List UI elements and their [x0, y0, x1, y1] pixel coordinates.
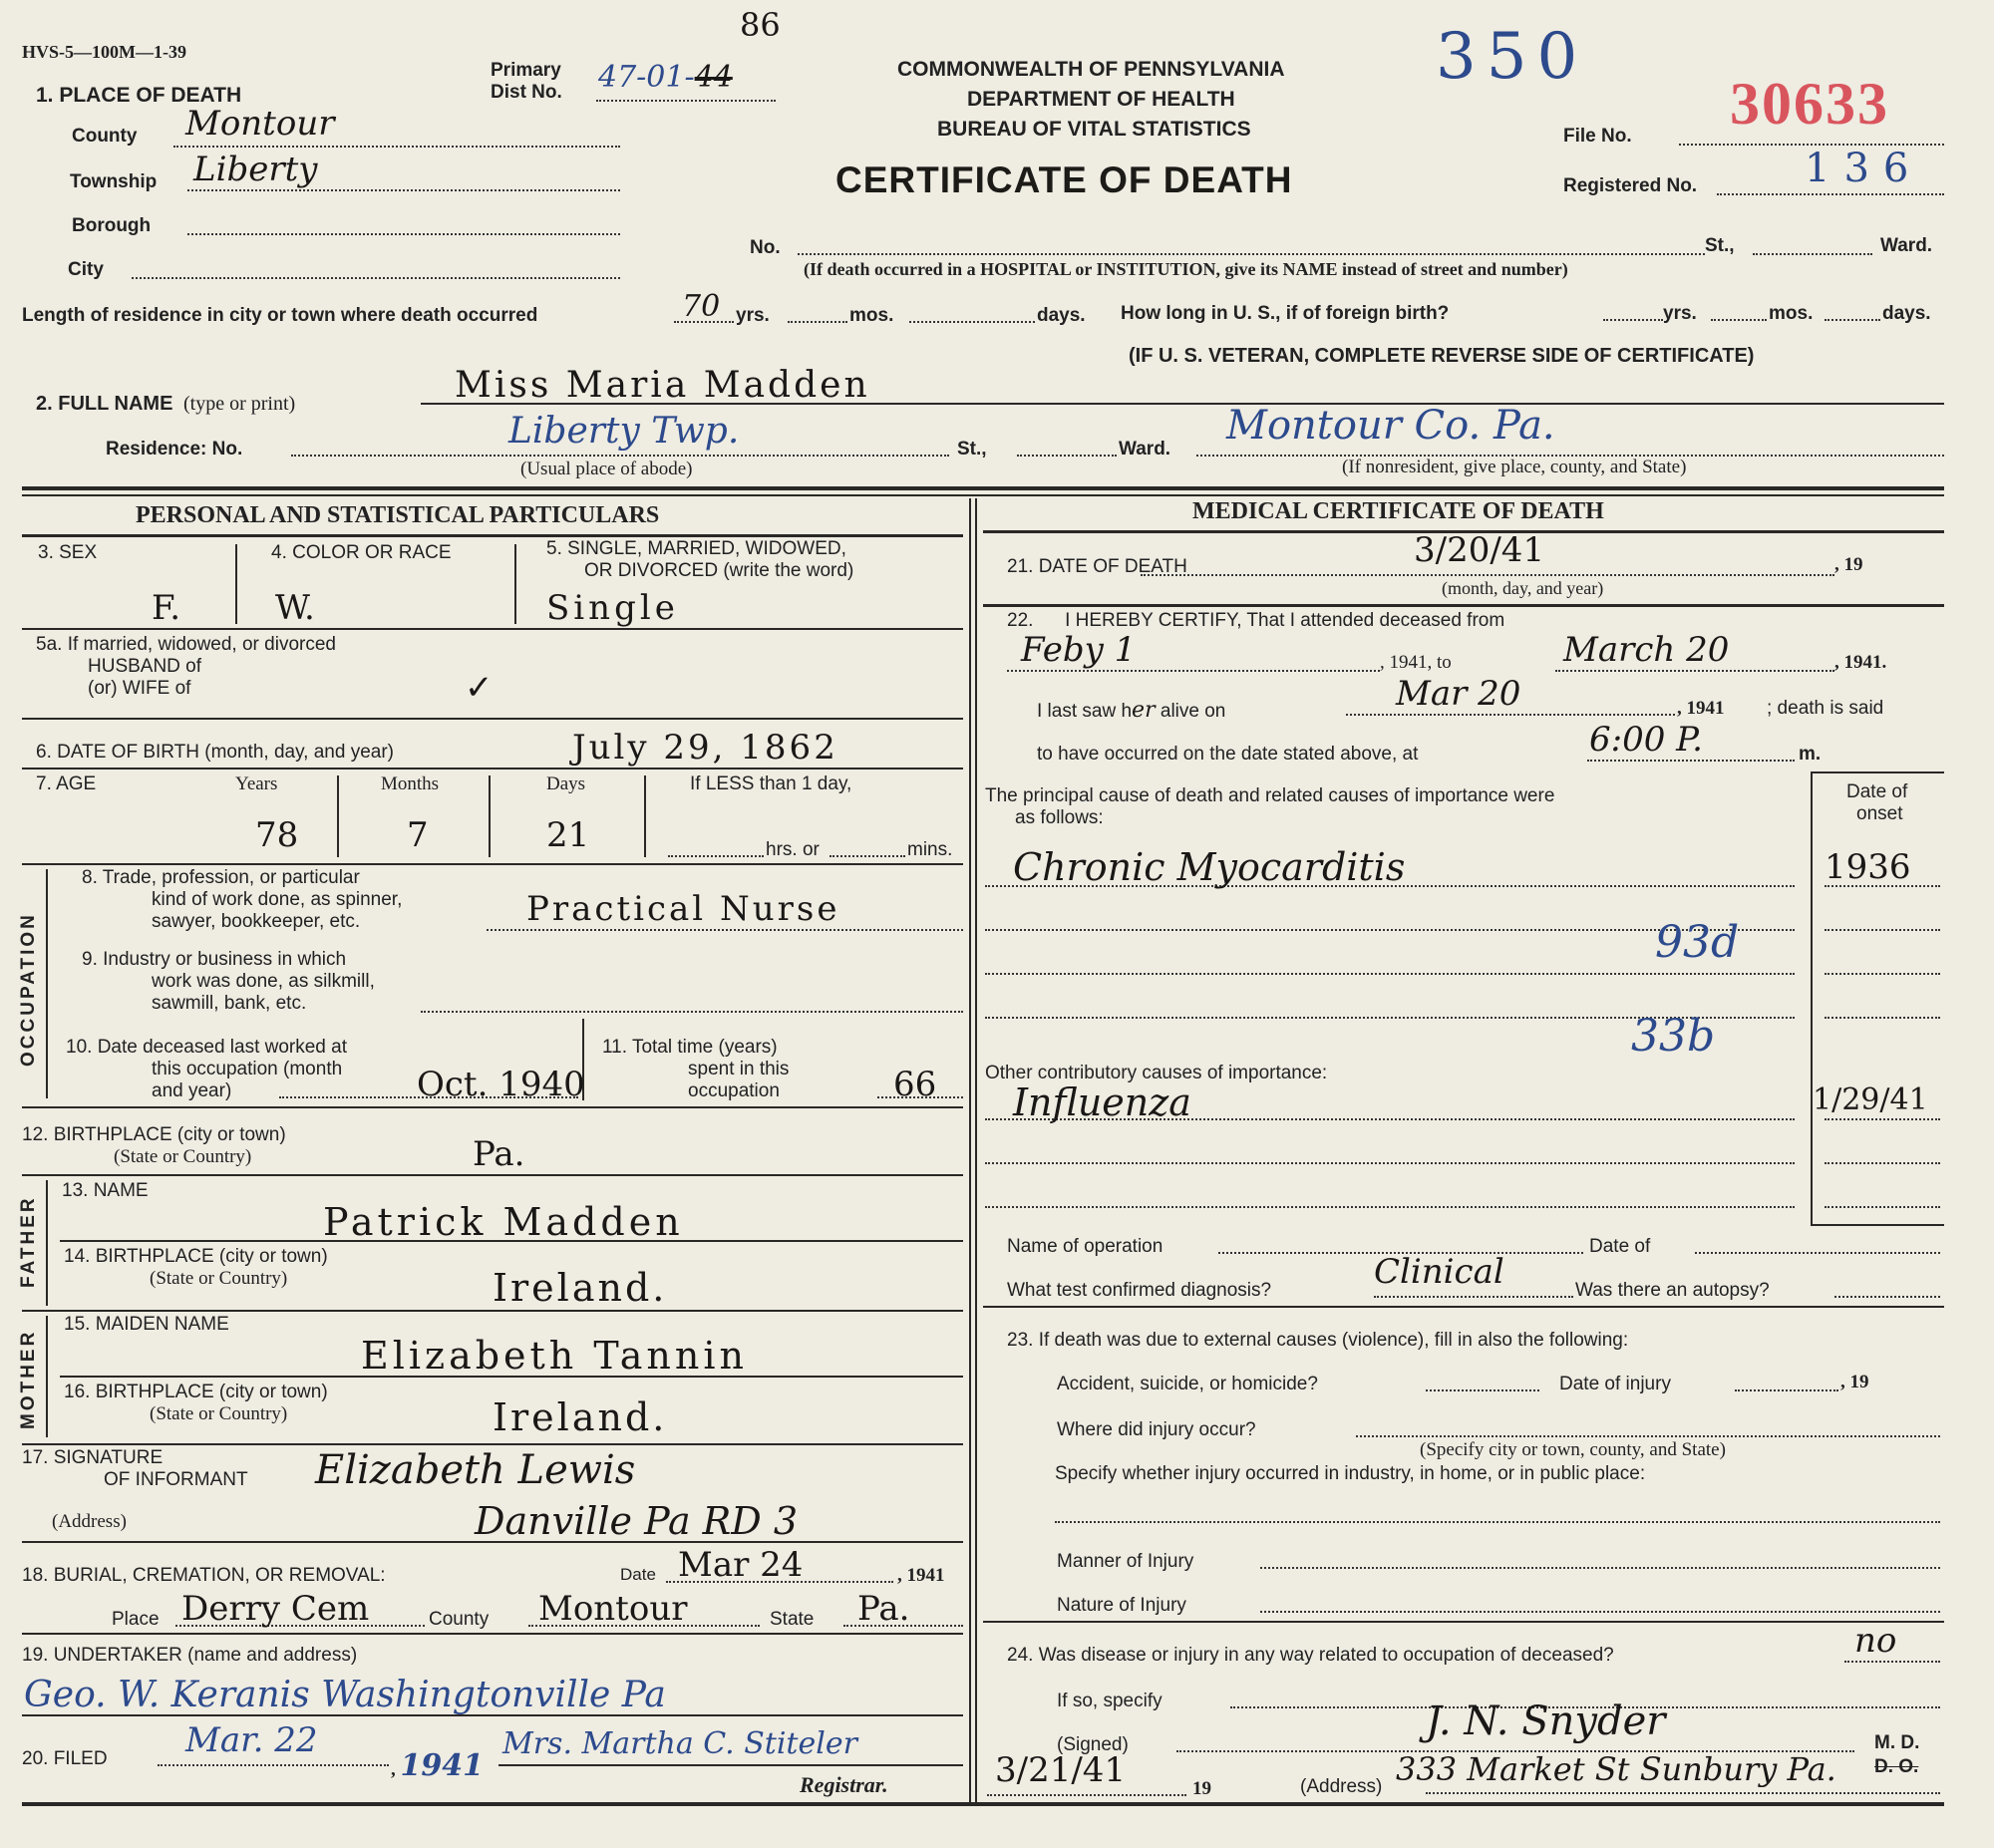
file-no-label: File No.	[1563, 126, 1632, 148]
cell-divider	[514, 544, 516, 624]
contributory-onset-value: 1/29/41	[1813, 1082, 1928, 1117]
annotation-number: 350	[1436, 20, 1587, 94]
attended-from-field[interactable]	[1007, 670, 1380, 672]
mother-birthplace-label-1: 16. BIRTHPLACE (city or town)	[64, 1382, 328, 1403]
contributory-onset-line-3[interactable]	[1825, 1206, 1940, 1208]
industry-label-3: sawmill, bank, etc.	[152, 993, 306, 1015]
agency-line-3: BUREAU OF VITAL STATISTICS	[937, 118, 1251, 142]
informant-address-label: (Address)	[52, 1511, 127, 1533]
residence-length-label: Length of residence in city or town wher…	[22, 305, 537, 327]
cause-label-2: as follows:	[1015, 807, 1104, 829]
cell-divider	[337, 775, 339, 857]
principal-cause-value: Chronic Myocarditis	[1013, 845, 1405, 889]
marital-label-2: OR DIVORCED (write the word)	[584, 560, 853, 582]
if-so-label: If so, specify	[1057, 1691, 1163, 1712]
attended-from-year: , 1941, to	[1380, 652, 1452, 674]
last-saw-year: , 1941	[1677, 698, 1725, 720]
cell-divider	[235, 544, 237, 624]
full-name-note: (type or print)	[183, 393, 295, 416]
row-rule	[983, 1306, 1944, 1308]
county-label: County	[72, 126, 137, 148]
physician-address-field[interactable]	[1426, 1792, 1940, 1794]
primary-dist-correction: 86	[740, 6, 781, 44]
last-worked-label-2: this occupation (month	[152, 1059, 342, 1080]
dod-field[interactable]	[1141, 574, 1834, 576]
form-code: HVS-5—100M—1-39	[22, 42, 186, 63]
death-said-label: ; death is said	[1767, 698, 1883, 720]
last-saw-text: I last saw h	[1037, 701, 1132, 722]
row-rule	[22, 768, 963, 770]
hours-field[interactable]	[668, 855, 764, 857]
spouse-label-3: (or) WIFE of	[88, 678, 190, 700]
father-birthplace-value: Ireland.	[493, 1266, 667, 1310]
burial-year-value: 1941	[907, 1565, 945, 1586]
foreign-yrs-label: yrs.	[1663, 303, 1697, 325]
row-rule	[60, 1240, 963, 1242]
row-rule	[22, 1310, 963, 1312]
attended-to-value: March 20	[1563, 630, 1729, 670]
street-field[interactable]	[1753, 253, 1872, 255]
burial-county-value: Montour	[538, 1589, 687, 1629]
filed-date-field[interactable]	[158, 1764, 389, 1766]
registered-no-value: 136	[1805, 146, 1922, 191]
row-rule	[22, 1443, 963, 1445]
informant-label-1: 17. SIGNATURE	[22, 1447, 163, 1469]
sex-label: 3. SEX	[38, 542, 97, 564]
dod-note: (month, day, and year)	[1442, 578, 1603, 599]
last-worked-label-1: 10. Date deceased last worked at	[66, 1037, 347, 1059]
file-number-stamp: 30633	[1730, 70, 1889, 139]
time-value: 6:00 P.	[1589, 720, 1703, 760]
occupation-related-value: no	[1854, 1621, 1896, 1661]
father-bracket	[46, 1180, 48, 1306]
burial-place-value: Derry Cem	[181, 1589, 369, 1629]
last-worked-value: Oct. 1940	[417, 1065, 585, 1104]
foreign-days-field[interactable]	[1825, 319, 1880, 321]
spouse-label-2: HUSBAND of	[88, 656, 201, 678]
mother-birthplace-label-2: (State or Country)	[150, 1403, 287, 1425]
onset-box-bottom	[1813, 1224, 1944, 1226]
occupation-side-label: OCCUPATION	[18, 912, 40, 1067]
residence-st-label: St.,	[957, 439, 987, 461]
registered-no-label: Registered No.	[1563, 175, 1697, 197]
cell-divider	[644, 775, 646, 857]
last-worked-label-3: and year)	[152, 1080, 231, 1102]
industry-field[interactable]	[421, 1011, 963, 1013]
father-side-label: FATHER	[18, 1195, 40, 1288]
cause-code-2: 33b	[1631, 1011, 1715, 1062]
mins-label: mins.	[907, 839, 952, 861]
page-title: CERTIFICATE OF DEATH	[835, 159, 1293, 201]
specify-place-field[interactable]	[1055, 1521, 1940, 1523]
informant-address-value: Danville Pa RD 3	[475, 1499, 798, 1543]
burial-date-value: Mar 24	[678, 1545, 803, 1585]
primary-dist-label-2: Dist No.	[491, 82, 562, 104]
age-days-label: Days	[546, 773, 585, 795]
row-rule	[22, 718, 963, 720]
occupation-related-field[interactable]	[1844, 1661, 1940, 1663]
informant-signature: Elizabeth Lewis	[315, 1447, 635, 1493]
foreign-days-label: days.	[1882, 303, 1931, 325]
alive-on-text: alive on	[1161, 701, 1226, 722]
foreign-mos-label: mos.	[1769, 303, 1813, 325]
dob-label: 6. DATE OF BIRTH (month, day, and year)	[36, 742, 394, 764]
occurred-label: to have occurred on the date stated abov…	[1037, 744, 1418, 766]
spouse-label-1: 5a. If married, widowed, or divorced	[36, 634, 336, 656]
burial-place-label: Place	[112, 1609, 160, 1631]
cause-label-1: The principal cause of death and related…	[985, 785, 1554, 807]
informant-label-2: OF INFORMANT	[104, 1469, 248, 1491]
burial-county-label: County	[429, 1609, 489, 1631]
filed-date-value: Mar. 22	[185, 1720, 317, 1760]
occupation-related-label: 24. Was disease or injury in any way rel…	[1007, 1645, 1614, 1667]
row-rule	[22, 1174, 963, 1176]
marital-value: Single	[546, 588, 679, 628]
specify-place-label: Specify whether injury occurred in indus…	[1055, 1463, 1645, 1485]
burial-state-value: Pa.	[857, 1589, 909, 1629]
onset-box-top	[1813, 771, 1944, 773]
full-name-value: Miss Maria Madden	[455, 365, 870, 406]
manner-label: Manner of Injury	[1057, 1551, 1193, 1573]
contributory-onset-line-1[interactable]	[1825, 1118, 1940, 1120]
attended-to-year: , 1941.	[1834, 652, 1886, 674]
cause-code-1: 93d	[1655, 917, 1739, 968]
row-rule	[22, 1541, 963, 1543]
residence-ward-value: Montour Co. Pa.	[1226, 403, 1555, 449]
section-divider-thin	[22, 494, 1944, 496]
onset-label-2: onset	[1856, 803, 1902, 825]
contributory-cause-value: Influenza	[1013, 1080, 1191, 1124]
foreign-birth-label: How long in U. S., if of foreign birth?	[1121, 303, 1449, 325]
hospital-note: (If death occurred in a HOSPITAL or INST…	[804, 259, 1568, 280]
row-rule	[22, 1633, 963, 1635]
md-label: M. D.	[1874, 1732, 1919, 1754]
trade-value: Practical Nurse	[526, 889, 839, 929]
where-injury-note: (Specify city or town, county, and State…	[1420, 1439, 1726, 1461]
ward-label: Ward.	[1880, 235, 1932, 257]
time-field[interactable]	[1587, 760, 1795, 762]
row-rule	[60, 1376, 963, 1378]
external-causes-label: 23. If death was due to external causes …	[1007, 1330, 1628, 1352]
last-saw-label: I last saw her alive on	[1037, 698, 1225, 723]
residence-label: Residence: No.	[106, 439, 242, 461]
mother-name-label: 15. MAIDEN NAME	[64, 1314, 229, 1336]
undertaker-value: Geo. W. Keranis Washingtonville Pa	[24, 1675, 666, 1715]
age-days-value: 21	[546, 815, 589, 855]
onset-box-divider	[1811, 771, 1813, 1226]
manner-field[interactable]	[1260, 1567, 1940, 1569]
township-field[interactable]	[187, 189, 620, 191]
contributory-line-2[interactable]	[985, 1162, 1795, 1164]
primary-dist-value: 47-01-44	[598, 60, 733, 95]
race-value: W.	[275, 588, 315, 628]
age-years-value: 78	[255, 815, 298, 855]
section-divider	[22, 486, 1944, 490]
burial-date-label: Date	[620, 1565, 656, 1585]
county-value: Montour	[185, 104, 334, 144]
mother-name-value: Elizabeth Tannin	[361, 1334, 748, 1378]
birthplace-value: Pa.	[473, 1134, 524, 1174]
autopsy-label: Was there an autopsy?	[1575, 1280, 1770, 1302]
column-divider-right	[975, 498, 977, 1804]
autopsy-field[interactable]	[1834, 1296, 1940, 1298]
nonresident-note: (If nonresident, give place, county, and…	[1342, 457, 1686, 478]
residence-ward-label: Ward.	[1119, 439, 1170, 461]
age-months-label: Months	[381, 773, 439, 795]
mother-bracket	[46, 1316, 48, 1437]
birthplace-label-2: (State or Country)	[114, 1146, 251, 1168]
spouse-value: ✓	[465, 668, 494, 708]
father-birthplace-label-1: 14. BIRTHPLACE (city or town)	[64, 1246, 328, 1268]
residence-months-field[interactable]	[788, 321, 847, 323]
last-saw-field[interactable]	[1346, 714, 1675, 716]
injury-date-field[interactable]	[1735, 1389, 1838, 1391]
total-time-label-2: spent in this	[688, 1059, 789, 1080]
medical-section-title: MEDICAL CERTIFICATE OF DEATH	[1192, 498, 1604, 525]
agency-line-2: DEPARTMENT OF HEALTH	[967, 88, 1235, 112]
residence-days-field[interactable]	[909, 321, 1035, 323]
mins-field[interactable]	[830, 855, 905, 857]
onset-line-4[interactable]	[1825, 1017, 1940, 1019]
bottom-rule	[22, 1802, 1944, 1806]
hrs-label: hrs. or	[766, 839, 820, 861]
county-field[interactable]	[173, 146, 620, 148]
certify-label: 22. I HEREBY CERTIFY, That I attended de…	[1007, 610, 1504, 632]
filed-year-value: 1941	[401, 1748, 485, 1783]
registered-no-field[interactable]	[1717, 193, 1944, 195]
registrar-label: Registrar.	[800, 1772, 888, 1798]
onset-line-3[interactable]	[1825, 973, 1940, 975]
borough-label: Borough	[72, 215, 151, 237]
where-injury-field[interactable]	[1356, 1435, 1940, 1437]
accident-field[interactable]	[1426, 1389, 1539, 1391]
row-rule	[22, 1106, 963, 1108]
attended-to-field[interactable]	[1555, 670, 1834, 672]
row-rule	[22, 863, 963, 865]
accident-label: Accident, suicide, or homicide?	[1057, 1374, 1318, 1395]
signed-date-suffix: 19	[1192, 1778, 1211, 1800]
mother-birthplace-value: Ireland.	[493, 1395, 667, 1439]
city-field[interactable]	[132, 277, 620, 279]
row-rule	[22, 534, 963, 537]
dod-value: 3/20/41	[1414, 530, 1544, 570]
sex-value: F.	[152, 588, 180, 628]
physician-address-value: 333 Market St Sunbury Pa.	[1396, 1750, 1836, 1788]
injury-date-label: Date of injury	[1559, 1374, 1671, 1395]
dob-value: July 29, 1862	[572, 728, 838, 768]
mos-label: mos.	[849, 305, 893, 327]
trade-label-2: kind of work done, as spinner,	[152, 889, 402, 911]
occupation-bracket	[46, 869, 48, 1098]
time-suffix: m.	[1799, 744, 1821, 766]
borough-field[interactable]	[187, 233, 620, 235]
mother-side-label: MOTHER	[18, 1330, 40, 1429]
industry-label-2: work was done, as silkmill,	[152, 971, 375, 993]
residence-st-field[interactable]	[1017, 455, 1117, 457]
age-months-value: 7	[407, 815, 429, 855]
township-label: Township	[70, 171, 157, 193]
dod-year-prefix: , 19	[1834, 554, 1863, 576]
signed-date-field[interactable]	[987, 1794, 1186, 1796]
test-field[interactable]	[1374, 1296, 1573, 1298]
street-no-label: No.	[750, 237, 781, 259]
filed-label: 20. FILED	[22, 1748, 108, 1770]
age-years-label: Years	[235, 773, 277, 795]
residence-years-value: 70	[682, 289, 720, 324]
race-label: 4. COLOR OR RACE	[271, 542, 452, 564]
township-value: Liberty	[193, 150, 317, 189]
trade-label-3: sawyer, bookkeeper, etc.	[152, 911, 360, 933]
do-label: D. O.	[1874, 1756, 1918, 1778]
where-injury-label: Where did injury occur?	[1057, 1419, 1256, 1441]
total-time-value: 66	[893, 1065, 936, 1104]
trade-label-1: 8. Trade, profession, or particular	[82, 867, 360, 889]
primary-dist-field[interactable]	[596, 100, 776, 102]
total-time-label-1: 11. Total time (years)	[602, 1037, 778, 1059]
onset-label-1: Date of	[1846, 781, 1907, 803]
principal-onset-value: 1936	[1825, 847, 1911, 887]
signed-date-value: 3/21/41	[995, 1750, 1126, 1790]
column-divider-left	[969, 498, 971, 1804]
contributory-line-3[interactable]	[985, 1206, 1795, 1208]
industry-label-1: 9. Industry or business in which	[82, 949, 346, 971]
veteran-note: (IF U. S. VETERAN, COMPLETE REVERSE SIDE…	[1129, 345, 1754, 368]
injury-year-prefix: , 19	[1840, 1372, 1869, 1393]
full-name-label: 2. FULL NAME	[36, 393, 172, 416]
father-name-label: 13. NAME	[62, 1180, 149, 1202]
cause-line-3[interactable]	[985, 973, 1795, 975]
father-birthplace-label-2: (State or Country)	[150, 1268, 287, 1290]
operation-date-label: Date of	[1589, 1236, 1650, 1258]
filed-year: , 1941	[391, 1748, 484, 1783]
burial-label: 18. BURIAL, CREMATION, OR REMOVAL:	[22, 1565, 386, 1587]
physician-signature: J. N. Snyder	[1426, 1698, 1665, 1744]
row-rule	[983, 1621, 1944, 1623]
burial-year: , 1941	[897, 1565, 945, 1587]
marital-label-1: 5. SINGLE, MARRIED, WIDOWED,	[546, 538, 846, 560]
total-time-label-3: occupation	[688, 1080, 780, 1102]
yrs-label: yrs.	[736, 305, 770, 327]
foreign-years-field[interactable]	[1603, 319, 1663, 321]
street-label: St.,	[1705, 235, 1735, 257]
burial-state-label: State	[770, 1609, 814, 1631]
birthplace-label-1: 12. BIRTHPLACE (city or town)	[22, 1124, 286, 1146]
last-saw-value: Mar 20	[1396, 674, 1520, 714]
operation-date-field[interactable]	[1695, 1252, 1940, 1254]
primary-dist-label-1: Primary	[491, 60, 561, 82]
trade-field[interactable]	[487, 929, 963, 931]
age-label: 7. AGE	[36, 773, 96, 795]
row-rule	[22, 628, 963, 630]
last-saw-pronoun: er	[1132, 698, 1156, 723]
test-value: Clinical	[1374, 1252, 1504, 1292]
cell-divider	[489, 775, 491, 857]
onset-line-2[interactable]	[1825, 929, 1940, 931]
nature-label: Nature of Injury	[1057, 1595, 1186, 1617]
days-label: days.	[1037, 305, 1086, 327]
residence-field[interactable]	[291, 455, 949, 457]
attended-from-value: Feby 1	[1021, 630, 1136, 670]
foreign-months-field[interactable]	[1711, 319, 1767, 321]
operation-label: Name of operation	[1007, 1236, 1163, 1258]
residence-note: (Usual place of abode)	[520, 459, 693, 480]
agency-line-1: COMMONWEALTH OF PENNSYLVANIA	[897, 58, 1284, 82]
personal-section-title: PERSONAL AND STATISTICAL PARTICULARS	[136, 502, 659, 529]
age-less-label: If LESS than 1 day,	[690, 773, 851, 795]
undertaker-label: 19. UNDERTAKER (name and address)	[22, 1645, 357, 1667]
registrar-field[interactable]	[498, 1764, 963, 1766]
residence-value: Liberty Twp.	[508, 411, 739, 452]
father-name-value: Patrick Madden	[323, 1200, 684, 1244]
nature-field[interactable]	[1260, 1611, 1940, 1613]
city-label: City	[68, 259, 104, 281]
contributory-onset-line-2[interactable]	[1825, 1162, 1940, 1164]
registrar-signature: Mrs. Martha C. Stiteler	[502, 1726, 857, 1761]
physician-address-label: (Address)	[1300, 1776, 1382, 1798]
row-rule	[983, 604, 1944, 607]
test-label: What test confirmed diagnosis?	[1007, 1280, 1271, 1302]
street-no-field[interactable]	[798, 253, 1705, 255]
